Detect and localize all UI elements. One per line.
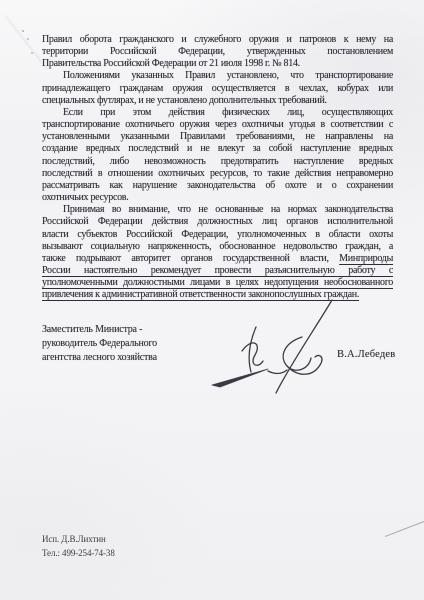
doc-text-segment: рассматривать как нарушение законодатель… — [42, 180, 393, 191]
doc-text-segment: Правительства Российской Федерации от 21… — [42, 58, 300, 69]
footer-phone: Тел.: 499-254-74-38 — [42, 547, 115, 561]
doc-line: последствий, либо невозможность предотвр… — [42, 156, 393, 168]
doc-text-segment: Принимая во внимание, что не основанные … — [63, 204, 393, 215]
doc-line: транспортирование охотничьего оружия чер… — [42, 119, 393, 131]
doc-text-segment: Если при этом действия физических лиц, о… — [63, 107, 393, 118]
doc-line: создание вредных последствий и не влекут… — [42, 143, 393, 155]
doc-text-segment: специальных футлярах, и не установлено д… — [42, 95, 327, 106]
doc-text-segment: принадлежащего гражданам оружия осуществ… — [42, 83, 393, 94]
signatory-title-line: руководитель Федерального — [42, 337, 212, 351]
doc-line: рассматривать как нарушение законодатель… — [42, 180, 393, 192]
doc-line: Если при этом действия физических лиц, о… — [42, 107, 393, 119]
scanned-letter-page: Правил оборота гражданского и служебного… — [0, 0, 424, 600]
scan-speck — [22, 30, 24, 32]
doc-line: Российской Федерации действия должностны… — [42, 216, 393, 228]
signatory-name: В.А.Лебедев — [337, 349, 395, 360]
pencil-mark — [385, 521, 424, 537]
doc-text-segment: последствий в отношении охотничьих ресур… — [42, 168, 393, 179]
signature-scribble-icon — [198, 295, 340, 399]
doc-text-segment: вызывают социальную напряженность, обосн… — [42, 241, 393, 252]
doc-line: вызывают социальную напряженность, обосн… — [42, 241, 393, 253]
doc-line: власти субъектов Российской Федерации, у… — [42, 229, 393, 241]
doc-line: России настоятельно рекомендует провести… — [42, 265, 393, 277]
doc-line: специальных футлярах, и не установлено д… — [42, 95, 393, 107]
doc-text-segment: охотничьих ресурсов. — [42, 192, 128, 203]
doc-line: уполномоченными должностными лицами в це… — [42, 277, 393, 289]
doc-line: охотничьих ресурсов. — [42, 192, 393, 204]
doc-line: также подрывают авторитет органов госуда… — [42, 253, 393, 265]
scan-speck — [27, 38, 29, 40]
signatory-title-line: Заместитель Министра - — [42, 323, 212, 337]
signature-title: Заместитель Министра - руководитель Феде… — [42, 323, 212, 364]
doc-line: Принимая во внимание, что не основанные … — [42, 204, 393, 216]
doc-line: территории Российской Федерации, утвержд… — [42, 46, 393, 58]
doc-line: установленными указанными Правилами треб… — [42, 131, 393, 143]
doc-text-segment: установленными указанными Правилами треб… — [42, 131, 393, 142]
footer: Исп. Д.В.Лихтин Тел.: 499-254-74-38 — [42, 533, 115, 560]
document-body: Правил оборота гражданского и служебного… — [42, 34, 393, 301]
doc-text-segment: создание вредных последствий и не влекут… — [42, 143, 393, 154]
doc-line: Правил оборота гражданского и служебного… — [42, 34, 393, 46]
doc-text-segment: транспортирование охотничьего оружия чер… — [42, 119, 393, 130]
doc-text-segment: также подрывают авторитет органов госуда… — [42, 253, 339, 264]
doc-text-segment: последствий, либо невозможность предотвр… — [42, 156, 393, 167]
underlined-doc-text: уполномоченными должностными лицами в це… — [42, 277, 393, 288]
doc-text-segment: территории Российской Федерации, утвержд… — [42, 46, 393, 57]
underlined-doc-text: России настоятельно рекомендует провести… — [42, 265, 393, 276]
scan-speck — [31, 52, 33, 54]
doc-line: Правительства Российской Федерации от 21… — [42, 58, 393, 70]
signatory-title-line: агентства лесного хозяйства — [42, 351, 212, 365]
doc-text-segment: Российской Федерации действия должностны… — [42, 216, 393, 227]
underlined-doc-text: Минприроды — [339, 253, 393, 264]
doc-line: последствий в отношении охотничьих ресур… — [42, 168, 393, 180]
footer-executor: Исп. Д.В.Лихтин — [42, 533, 115, 547]
doc-text-segment: Правил оборота гражданского и служебного… — [42, 34, 393, 45]
doc-line: принадлежащего гражданам оружия осуществ… — [42, 83, 393, 95]
doc-line: Положениями указанных Правил установлено… — [42, 70, 393, 82]
doc-text-segment: Положениями указанных Правил установлено… — [63, 70, 393, 81]
doc-text-segment: власти субъектов Российской Федерации, у… — [42, 229, 393, 240]
crease-mark — [6, 16, 47, 69]
